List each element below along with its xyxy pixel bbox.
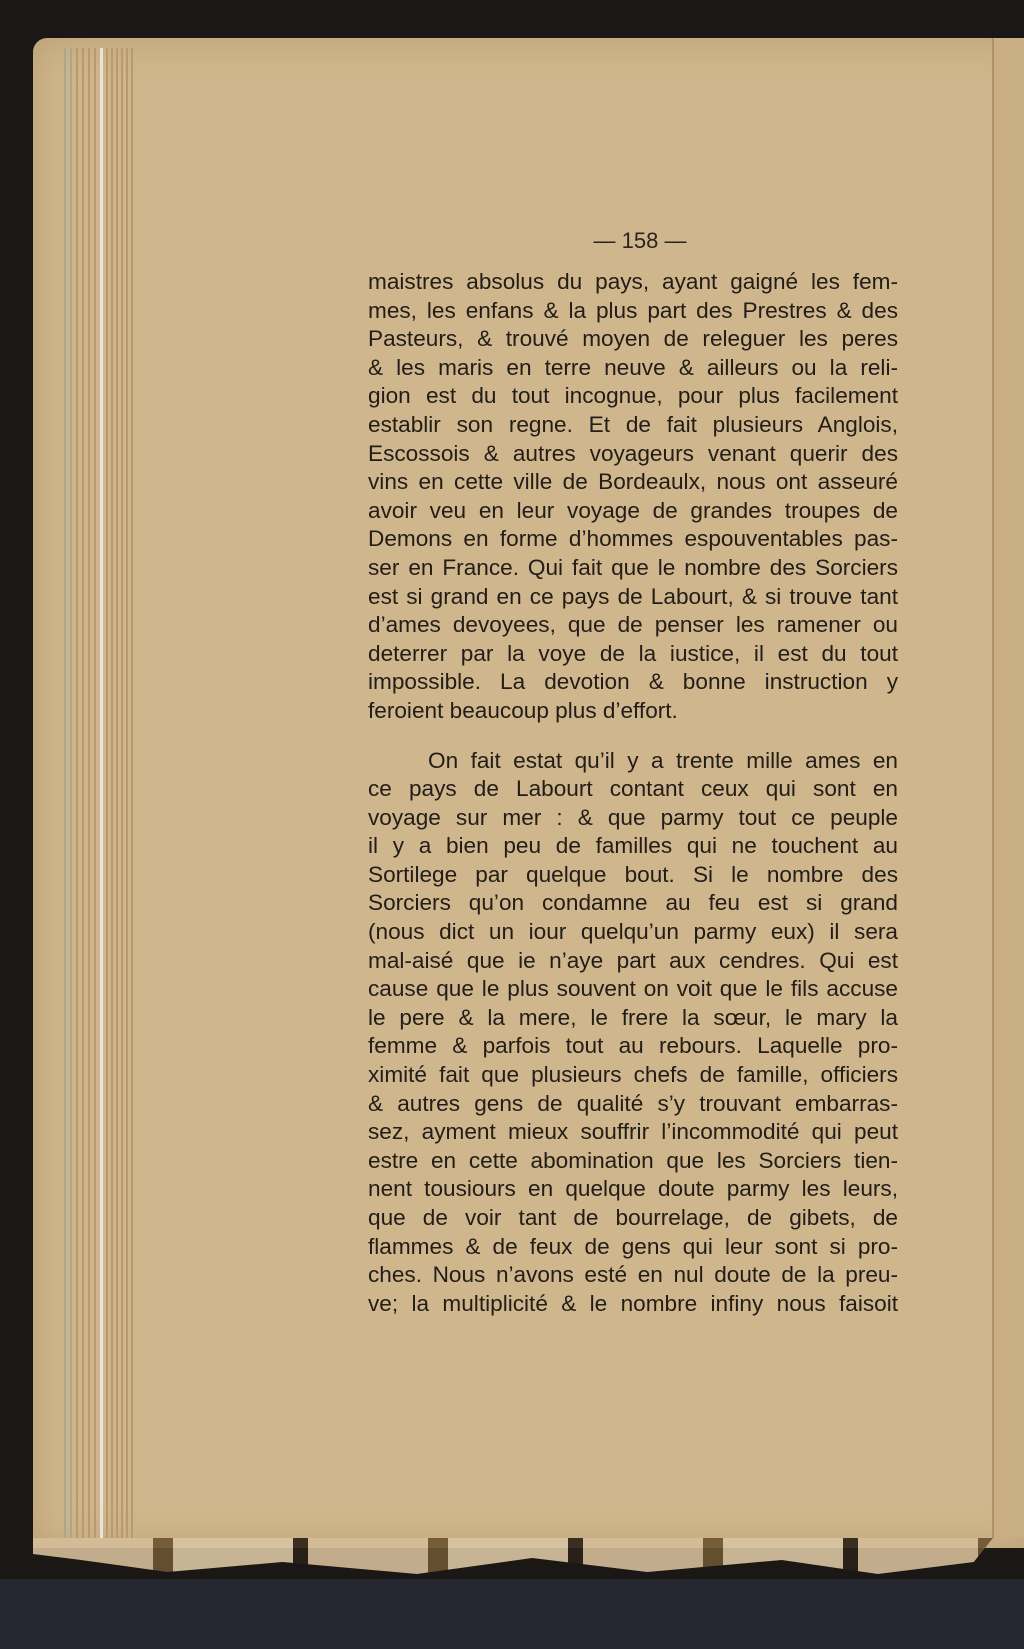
text-line: On fait estat qu’il y a trente mille ame… xyxy=(368,747,898,776)
torn-page-bottom-edge xyxy=(33,1538,993,1578)
text-line: ve; la multiplicité & le nombre infiny n… xyxy=(368,1290,898,1319)
text-line: ce pays de Labourt contant ceux qui sont… xyxy=(368,775,898,804)
text-line: deterrer par la voye de la iustice, il e… xyxy=(368,640,898,669)
text-line: il y a bien peu de familles qui ne touch… xyxy=(368,832,898,861)
text-line: voyage sur mer : & que parmy tout ce peu… xyxy=(368,804,898,833)
text-line: maistres absolus du pays, ayant gaigné l… xyxy=(368,268,898,297)
text-line: femme & parfois tout au rebours. Laquell… xyxy=(368,1032,898,1061)
facing-page-edge xyxy=(992,38,1024,1538)
text-line: que de voir tant de bourrelage, de gibet… xyxy=(368,1204,898,1233)
text-line: Demons en forme d’hommes espouventables … xyxy=(368,525,898,554)
text-line: cause que le plus souvent on voit que le… xyxy=(368,975,898,1004)
text-line: Sortilege par quelque bout. Si le nombre… xyxy=(368,861,898,890)
body-text: maistres absolus du pays, ayant gaigné l… xyxy=(368,268,898,1318)
page-number: — 158 — xyxy=(560,228,720,254)
page-edges-stack xyxy=(58,38,138,1538)
text-line: feroient beaucoup plus d’effort. xyxy=(368,697,898,726)
paragraph-2: On fait estat qu’il y a trente mille ame… xyxy=(368,747,898,1319)
text-line: (nous dict un iour quelqu’un parmy eux) … xyxy=(368,918,898,947)
text-line: & autres gens de qualité s’y trouvant em… xyxy=(368,1090,898,1119)
text-line: nent tousiours en quelque doute parmy le… xyxy=(368,1175,898,1204)
text-line: establir son regne. Et de fait plusieurs… xyxy=(368,411,898,440)
text-line: Sorciers qu’on condamne au feu est si gr… xyxy=(368,889,898,918)
text-line: impossible. La devotion & bonne instruct… xyxy=(368,668,898,697)
text-line: ches. Nous n’avons esté en nul doute de … xyxy=(368,1261,898,1290)
text-line: est si grand en ce pays de Labourt, & si… xyxy=(368,583,898,612)
text-line: ximité fait que plusieurs chefs de famil… xyxy=(368,1061,898,1090)
text-line: ser en France. Qui fait que le nombre de… xyxy=(368,554,898,583)
text-line: Pasteurs, & trouvé moyen de releguer les… xyxy=(368,325,898,354)
scan-background xyxy=(0,1579,1024,1649)
text-line: gion est du tout incognue, pour plus fac… xyxy=(368,382,898,411)
text-line: d’ames devoyees, que de penser les ramen… xyxy=(368,611,898,640)
text-line: vins en cette ville de Bordeaulx, nous o… xyxy=(368,468,898,497)
text-line: mes, les enfans & la plus part des Prest… xyxy=(368,297,898,326)
text-line: mal-aisé que ie n’aye part aux cendres. … xyxy=(368,947,898,976)
text-line: avoir veu en leur voyage de grandes trou… xyxy=(368,497,898,526)
text-line: Escossois & autres voyageurs venant quer… xyxy=(368,440,898,469)
text-line: flammes & de feux de gens qui leur sont … xyxy=(368,1233,898,1262)
paragraph-1: maistres absolus du pays, ayant gaigné l… xyxy=(368,268,898,726)
text-line: le pere & la mere, le frere la sœur, le … xyxy=(368,1004,898,1033)
paragraph-spacer xyxy=(368,726,898,747)
text-line: sez, ayment mieux souffrir l’incommodité… xyxy=(368,1118,898,1147)
text-line: & les maris en terre neuve & ailleurs ou… xyxy=(368,354,898,383)
text-line: estre en cette abomination que les Sorci… xyxy=(368,1147,898,1176)
